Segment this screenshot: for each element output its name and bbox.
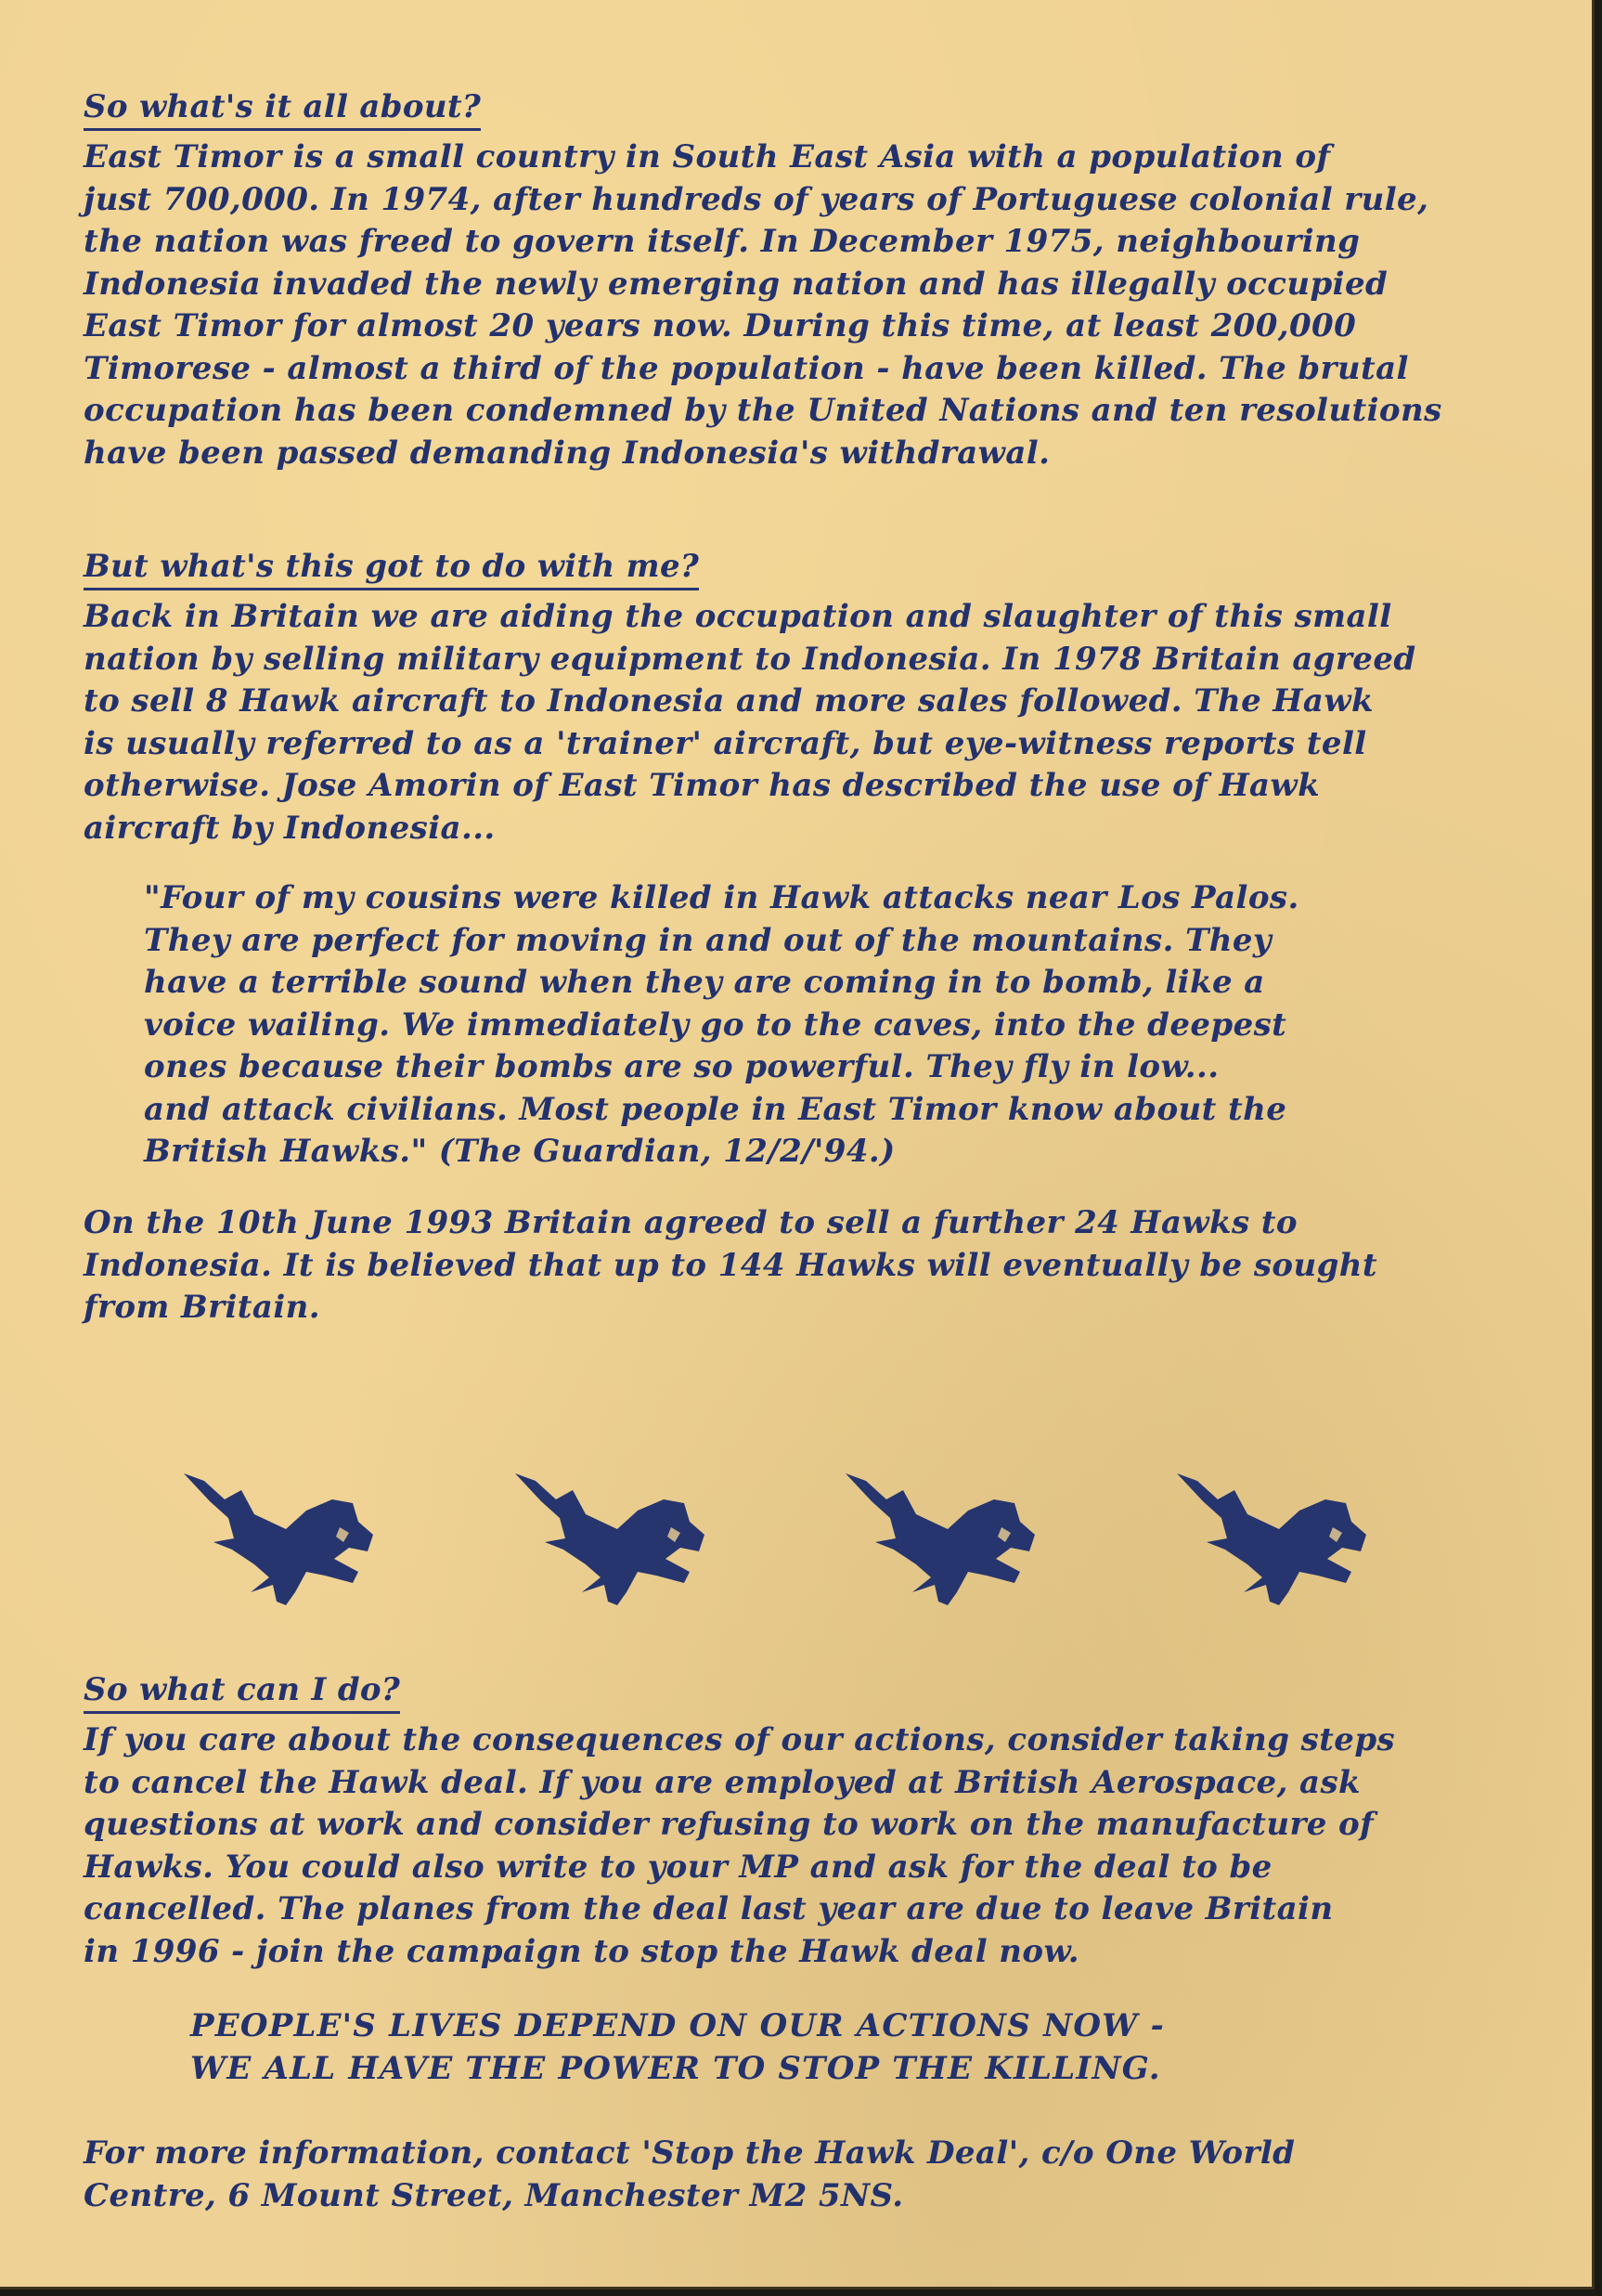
hawk-aircraft-icon bbox=[1169, 1462, 1383, 1611]
body-line: East Timor is a small country in South E… bbox=[84, 136, 1550, 179]
hawk-aircraft-icon bbox=[838, 1462, 1052, 1611]
body-line: If you care about the consequences of ou… bbox=[84, 1719, 1550, 1762]
body-line: Back in Britain we are aiding the occupa… bbox=[84, 596, 1550, 639]
body-line: aircraft by Indonesia... bbox=[84, 808, 1550, 850]
body-line: the nation was freed to govern itself. I… bbox=[84, 221, 1550, 264]
body-line: Indonesia invaded the newly emerging nat… bbox=[84, 264, 1550, 306]
body-line: have been passed demanding Indonesia's w… bbox=[84, 433, 1550, 475]
body-line: Timorese - almost a third of the populat… bbox=[84, 348, 1550, 391]
hawk-aircraft-icon bbox=[176, 1462, 390, 1611]
body-line: to sell 8 Hawk aircraft to Indonesia and… bbox=[84, 681, 1550, 723]
body-line: Indonesia. It is believed that up to 144… bbox=[84, 1245, 1550, 1288]
section-to-do-with-me: But what's this got to do with me? Back … bbox=[84, 545, 1550, 850]
section-what-can-i-do: So what can I do? If you care about the … bbox=[84, 1668, 1550, 1973]
followup-paragraph: On the 10th June 1993 Britain agreed to … bbox=[84, 1202, 1550, 1330]
body-line: from Britain. bbox=[84, 1287, 1550, 1330]
body-line: is usually referred to as a 'trainer' ai… bbox=[84, 723, 1550, 766]
slogan-line: PEOPLE'S LIVES DEPEND ON OUR ACTIONS NOW… bbox=[190, 2005, 1602, 2048]
slogan-line: WE ALL HAVE THE POWER TO STOP THE KILLIN… bbox=[190, 2048, 1602, 2091]
body-line: to cancel the Hawk deal. If you are empl… bbox=[84, 1762, 1550, 1805]
section-heading: But what's this got to do with me? bbox=[84, 545, 699, 590]
body-line: cancelled. The planes from the deal last… bbox=[84, 1888, 1550, 1931]
body-line: otherwise. Jose Amorin of East Timor has… bbox=[84, 765, 1550, 808]
slogan: PEOPLE'S LIVES DEPEND ON OUR ACTIONS NOW… bbox=[190, 2005, 1602, 2090]
quote-line: have a terrible sound when they are comi… bbox=[144, 962, 1602, 1005]
contact-line: Centre, 6 Mount Street, Manchester M2 5N… bbox=[84, 2175, 1550, 2218]
contact-info: For more information, contact 'Stop the … bbox=[84, 2133, 1550, 2217]
body-line: Hawks. You could also write to your MP a… bbox=[84, 1847, 1550, 1889]
hawk-aircraft-icon bbox=[508, 1462, 721, 1611]
body-line: questions at work and consider refusing … bbox=[84, 1804, 1550, 1847]
body-line: in 1996 - join the campaign to stop the … bbox=[84, 1931, 1550, 1974]
hawk-illustration bbox=[176, 1453, 1383, 1620]
leaflet-page: So what's it all about? East Timor is a … bbox=[0, 0, 1595, 2290]
section-heading: So what can I do? bbox=[84, 1668, 400, 1714]
eyewitness-quote: "Four of my cousins were killed in Hawk … bbox=[144, 877, 1602, 1174]
body-line: occupation has been condemned by the Uni… bbox=[84, 390, 1550, 433]
section-what-about: So what's it all about? East Timor is a … bbox=[84, 85, 1550, 474]
quote-line: "Four of my cousins were killed in Hawk … bbox=[144, 877, 1602, 920]
body-line: On the 10th June 1993 Britain agreed to … bbox=[84, 1202, 1550, 1245]
quote-line: and attack civilians. Most people in Eas… bbox=[144, 1089, 1602, 1132]
quote-line: voice wailing. We immediately go to the … bbox=[144, 1005, 1602, 1047]
contact-line: For more information, contact 'Stop the … bbox=[84, 2133, 1550, 2175]
quote-line: British Hawks." (The Guardian, 12/2/'94.… bbox=[144, 1131, 1602, 1174]
section-heading: So what's it all about? bbox=[84, 85, 481, 131]
body-line: East Timor for almost 20 years now. Duri… bbox=[84, 305, 1550, 348]
quote-line: ones because their bombs are so powerful… bbox=[144, 1046, 1602, 1089]
quote-line: They are perfect for moving in and out o… bbox=[144, 920, 1602, 963]
body-line: nation by selling military equipment to … bbox=[84, 639, 1550, 681]
body-line: just 700,000. In 1974, after hundreds of… bbox=[84, 179, 1550, 222]
